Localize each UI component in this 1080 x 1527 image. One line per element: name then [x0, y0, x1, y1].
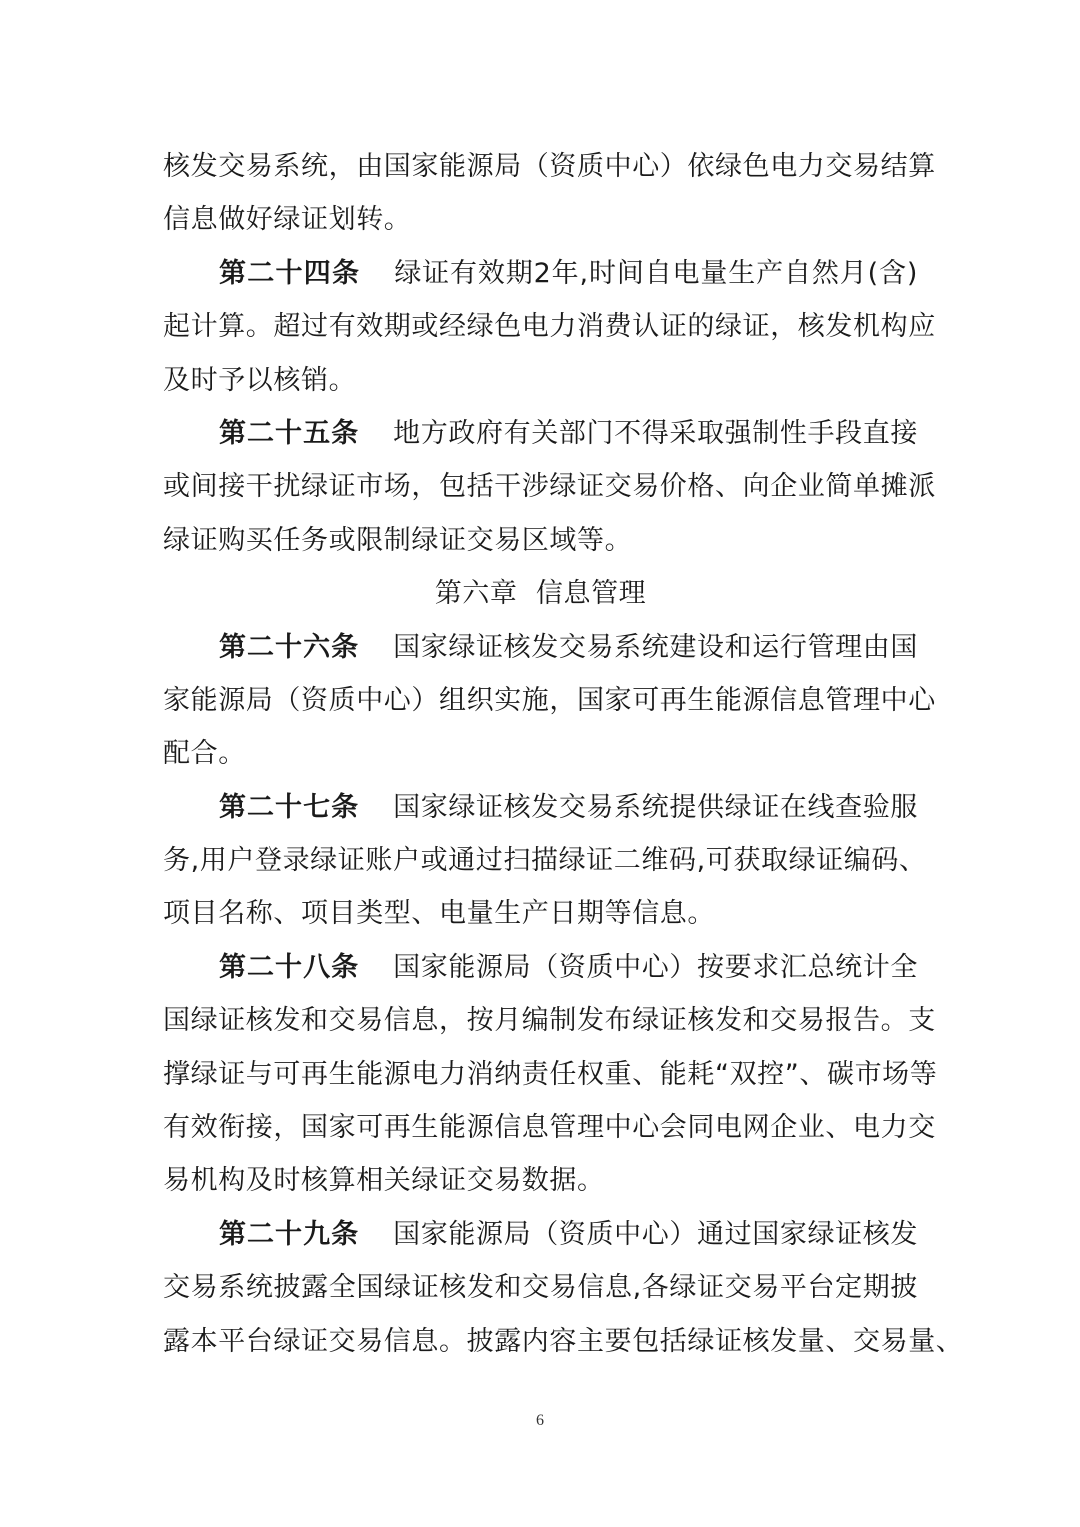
text-line: 及时予以核销。 [163, 354, 918, 407]
text-line: 务,用户登录绿证账户或通过扫描绿证二维码,可获取绿证编码、 [163, 834, 918, 887]
text-line: 家能源局（资质中心）组织实施，国家可再生能源信息管理中心 [163, 674, 918, 727]
text-line: 配合。 [163, 727, 918, 780]
article-text: 国家绿证核发交易系统建设和运行管理由国 [393, 632, 918, 663]
article-text: 地方政府有关部门不得采取强制性手段直接 [393, 418, 918, 449]
page-number: 6 [0, 1412, 1080, 1430]
text-line: 绿证购买任务或限制绿证交易区域等。 [163, 514, 918, 567]
text-line: 交易系统披露全国绿证核发和交易信息,各绿证交易平台定期披 [163, 1261, 918, 1314]
article-25: 第二十五条地方政府有关部门不得采取强制性手段直接 或间接干扰绿证市场，包括干涉绿… [163, 407, 918, 567]
text-line: 第二十四条绿证有效期2年,时间自电量生产自然月(含) [163, 247, 918, 300]
text-line: 露本平台绿证交易信息。披露内容主要包括绿证核发量、交易量、 [163, 1315, 918, 1368]
text-line: 第二十七条国家绿证核发交易系统提供绿证在线查验服 [163, 781, 918, 834]
article-number: 第二十九条 [219, 1219, 359, 1250]
article-text: 绿证有效期2年,时间自电量生产自然月(含) [394, 258, 918, 289]
article-27: 第二十七条国家绿证核发交易系统提供绿证在线查验服 务,用户登录绿证账户或通过扫描… [163, 781, 918, 941]
article-28: 第二十八条国家能源局（资质中心）按要求汇总统计全 国绿证核发和交易信息，按月编制… [163, 941, 918, 1208]
text-line: 项目名称、项目类型、电量生产日期等信息。 [163, 887, 918, 940]
text-line: 易机构及时核算相关绿证交易数据。 [163, 1154, 918, 1207]
article-26: 第二十六条国家绿证核发交易系统建设和运行管理由国 家能源局（资质中心）组织实施，… [163, 621, 918, 781]
article-number: 第二十七条 [219, 792, 359, 823]
page-content: 核发交易系统，由国家能源局（资质中心）依绿色电力交易结算 信息做好绿证划转。 第… [163, 140, 918, 1368]
article-text: 国家能源局（资质中心）按要求汇总统计全 [393, 952, 918, 983]
text-line: 起计算。超过有效期或经绿色电力消费认证的绿证，核发机构应 [163, 300, 918, 353]
article-number: 第二十六条 [219, 632, 359, 663]
continuation-paragraph: 核发交易系统，由国家能源局（资质中心）依绿色电力交易结算 信息做好绿证划转。 [163, 140, 918, 247]
text-line: 第二十八条国家能源局（资质中心）按要求汇总统计全 [163, 941, 918, 994]
text-line: 信息做好绿证划转。 [163, 193, 918, 246]
text-line: 第二十九条国家能源局（资质中心）通过国家绿证核发 [163, 1208, 918, 1261]
document-page: 核发交易系统，由国家能源局（资质中心）依绿色电力交易结算 信息做好绿证划转。 第… [0, 0, 1080, 1527]
article-number: 第二十四条 [219, 258, 360, 289]
text-line: 或间接干扰绿证市场，包括干涉绿证交易价格、向企业简单摊派 [163, 460, 918, 513]
text-line: 国绿证核发和交易信息，按月编制发布绿证核发和交易报告。支 [163, 994, 918, 1047]
article-text: 国家能源局（资质中心）通过国家绿证核发 [393, 1219, 918, 1250]
text-line: 撑绿证与可再生能源电力消纳责任权重、能耗“双控”、碳市场等 [163, 1048, 918, 1101]
article-text: 国家绿证核发交易系统提供绿证在线查验服 [393, 792, 918, 823]
text-line: 有效衔接，国家可再生能源信息管理中心会同电网企业、电力交 [163, 1101, 918, 1154]
article-number: 第二十八条 [219, 952, 359, 983]
chapter-heading: 第六章 信息管理 [163, 567, 918, 620]
article-24: 第二十四条绿证有效期2年,时间自电量生产自然月(含) 起计算。超过有效期或经绿色… [163, 247, 918, 407]
article-number: 第二十五条 [219, 418, 359, 449]
article-29: 第二十九条国家能源局（资质中心）通过国家绿证核发 交易系统披露全国绿证核发和交易… [163, 1208, 918, 1368]
text-line: 核发交易系统，由国家能源局（资质中心）依绿色电力交易结算 [163, 140, 918, 193]
text-line: 第二十六条国家绿证核发交易系统建设和运行管理由国 [163, 621, 918, 674]
text-line: 第二十五条地方政府有关部门不得采取强制性手段直接 [163, 407, 918, 460]
